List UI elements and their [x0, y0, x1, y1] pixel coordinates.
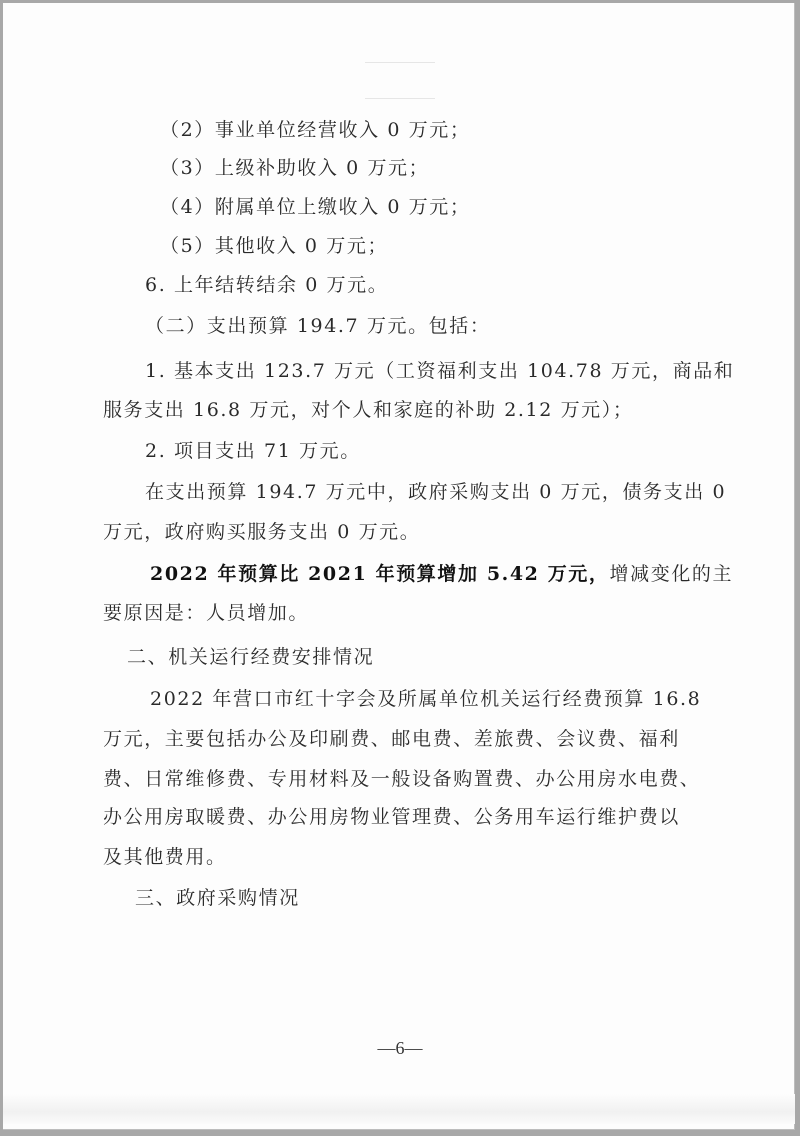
income-item-4: （4）附属单位上缴收入 0 万元；: [160, 195, 470, 219]
section-three-title: 三、政府采购情况: [135, 886, 300, 910]
section-two-title: 二、机关运行经费安排情况: [127, 645, 374, 669]
procurement-line-2: 万元，政府购买服务支出 0 万元。: [103, 520, 420, 544]
faint-header-marks: [365, 62, 435, 102]
procurement-line-1: 在支出预算 194.7 万元中，政府采购支出 0 万元，债务支出 0: [145, 480, 726, 504]
project-expenditure-line: 2. 项目支出 71 万元。: [145, 439, 361, 463]
budget-change-line-1: 2022 年预算比 2021 年预算增加 5.42 万元，增减变化的主: [150, 562, 733, 586]
section-two-line-2: 万元，主要包括办公及印刷费、邮电费、差旅费、会议费、福利: [103, 727, 680, 751]
budget-change-line-2: 要原因是：人员增加。: [103, 601, 309, 625]
page-number: —6—: [370, 1038, 430, 1059]
basic-expenditure-line-1: 1. 基本支出 123.7 万元（工资福利支出 104.78 万元，商品和: [145, 359, 734, 383]
scan-shadow: [3, 1094, 795, 1124]
section-two-line-3: 费、日常维修费、专用材料及一般设备购置费、办公用房水电费、: [103, 767, 700, 791]
budget-change-normal: 增减变化的主: [610, 563, 734, 585]
income-item-3: （3）上级补助收入 0 万元；: [160, 156, 429, 180]
section-two-line-5: 及其他费用。: [103, 845, 227, 869]
income-item-5: （5）其他收入 0 万元；: [160, 234, 388, 258]
carryover-line: 6. 上年结转结余 0 万元。: [145, 273, 388, 297]
section-two-line-4: 办公用房取暖费、办公用房物业管理费、公务用车运行维护费以: [103, 805, 680, 829]
budget-change-bold: 2022 年预算比 2021 年预算增加 5.42 万元，: [150, 563, 610, 585]
section-two-line-1: 2022 年营口市红十字会及所属单位机关运行经费预算 16.8: [150, 687, 701, 711]
income-item-2: （2）事业单位经营收入 0 万元；: [160, 118, 470, 142]
expenditure-heading: （二）支出预算 194.7 万元。包括：: [145, 314, 490, 338]
basic-expenditure-line-2: 服务支出 16.8 万元，对个人和家庭的补助 2.12 万元）；: [103, 398, 633, 422]
